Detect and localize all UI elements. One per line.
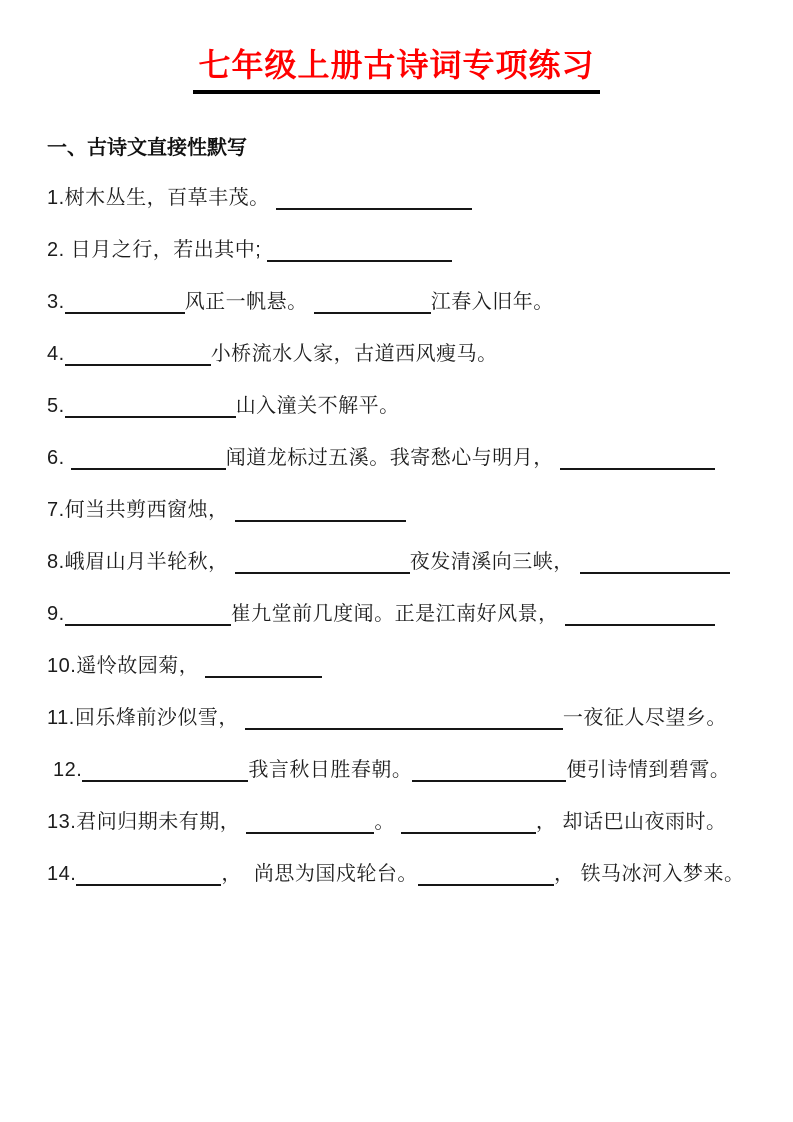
question-line-2: 2. 日月之行，若出其中;: [47, 238, 763, 262]
question-text: 10.遥怜故园菊，: [47, 655, 205, 677]
question-line-10: 10.遥怜故园菊，: [47, 654, 763, 678]
answer-blank: [418, 864, 554, 886]
question-text: 小桥流水人家，古道西风瘦马。: [211, 343, 498, 365]
answer-blank: [560, 448, 715, 470]
answer-blank: [65, 604, 231, 626]
worksheet-page: 七年级上册古诗词专项练习 一、古诗文直接性默写 1.树木丛生，百草丰茂。 2. …: [0, 0, 793, 1122]
question-text: 2. 日月之行，若出其中;: [47, 239, 267, 261]
question-text: 我言秋日胜春朝。: [248, 759, 412, 781]
answer-blank: [65, 292, 185, 314]
question-text: 12.: [47, 759, 82, 781]
answer-blank: [565, 604, 715, 626]
question-text: 9.: [47, 603, 65, 625]
question-line-6: 6. 闻道龙标过五溪。我寄愁心与明月，: [47, 446, 763, 470]
question-line-11: 11.回乐烽前沙似雪， 一夜征人尽望乡。: [47, 706, 763, 730]
answer-blank: [65, 396, 236, 418]
question-line-8: 8.峨眉山月半轮秋， 夜发清溪向三峡，: [47, 550, 763, 574]
question-text: ， 却话巴山夜雨时。: [536, 811, 727, 833]
answer-blank: [246, 812, 374, 834]
question-line-13: 13.君问归期未有期， 。 ， 却话巴山夜雨时。: [47, 810, 763, 834]
question-text: 6.: [47, 447, 71, 469]
question-line-1: 1.树木丛生，百草丰茂。: [47, 186, 763, 210]
answer-blank: [71, 448, 226, 470]
answer-blank: [235, 552, 410, 574]
question-text: 便引诗情到碧霄。: [566, 759, 730, 781]
question-text: 14.: [47, 863, 76, 885]
answer-blank: [82, 760, 248, 782]
question-list: 1.树木丛生，百草丰茂。 2. 日月之行，若出其中; 3.风正一帆悬。 江春入旧…: [47, 186, 793, 886]
question-text: 5.: [47, 395, 65, 417]
question-text: 4.: [47, 343, 65, 365]
question-text: 风正一帆悬。: [185, 291, 314, 313]
question-text: ， 尚思为国戍轮台。: [221, 863, 418, 885]
question-line-3: 3.风正一帆悬。 江春入旧年。: [47, 290, 763, 314]
page-title: 七年级上册古诗词专项练习: [193, 48, 599, 94]
answer-blank: [65, 344, 211, 366]
question-text: 3.: [47, 291, 65, 313]
answer-blank: [314, 292, 431, 314]
question-text: 11.回乐烽前沙似雪，: [47, 707, 245, 729]
question-text: ， 铁马冰河入梦来。: [554, 863, 745, 885]
question-text: 8.峨眉山月半轮秋，: [47, 551, 235, 573]
question-text: 7.何当共剪西窗烛，: [47, 499, 235, 521]
section-heading: 一、古诗文直接性默写: [47, 136, 793, 160]
answer-blank: [76, 864, 221, 886]
question-line-12: 12.我言秋日胜春朝。便引诗情到碧霄。: [47, 758, 763, 782]
question-line-7: 7.何当共剪西窗烛，: [47, 498, 763, 522]
question-text: 山入潼关不解平。: [236, 395, 400, 417]
answer-blank: [205, 656, 322, 678]
answer-blank: [401, 812, 536, 834]
question-text: 闻道龙标过五溪。我寄愁心与明月，: [226, 447, 560, 469]
question-text: 。: [374, 811, 401, 833]
question-text: 13.君问归期未有期，: [47, 811, 246, 833]
question-text: 夜发清溪向三峡，: [410, 551, 580, 573]
question-line-14: 14.， 尚思为国戍轮台。， 铁马冰河入梦来。: [47, 862, 763, 886]
answer-blank: [276, 188, 472, 210]
answer-blank: [267, 240, 452, 262]
question-text: 江春入旧年。: [431, 291, 554, 313]
answer-blank: [580, 552, 730, 574]
question-line-9: 9.崔九堂前几度闻。正是江南好风景，: [47, 602, 763, 626]
question-line-5: 5.山入潼关不解平。: [47, 394, 763, 418]
question-line-4: 4.小桥流水人家，古道西风瘦马。: [47, 342, 763, 366]
question-text: 1.树木丛生，百草丰茂。: [47, 187, 276, 209]
answer-blank: [245, 708, 563, 730]
answer-blank: [412, 760, 566, 782]
question-text: 崔九堂前几度闻。正是江南好风景，: [231, 603, 565, 625]
question-text: 一夜征人尽望乡。: [563, 707, 727, 729]
answer-blank: [235, 500, 406, 522]
title-container: 七年级上册古诗词专项练习: [0, 0, 793, 94]
